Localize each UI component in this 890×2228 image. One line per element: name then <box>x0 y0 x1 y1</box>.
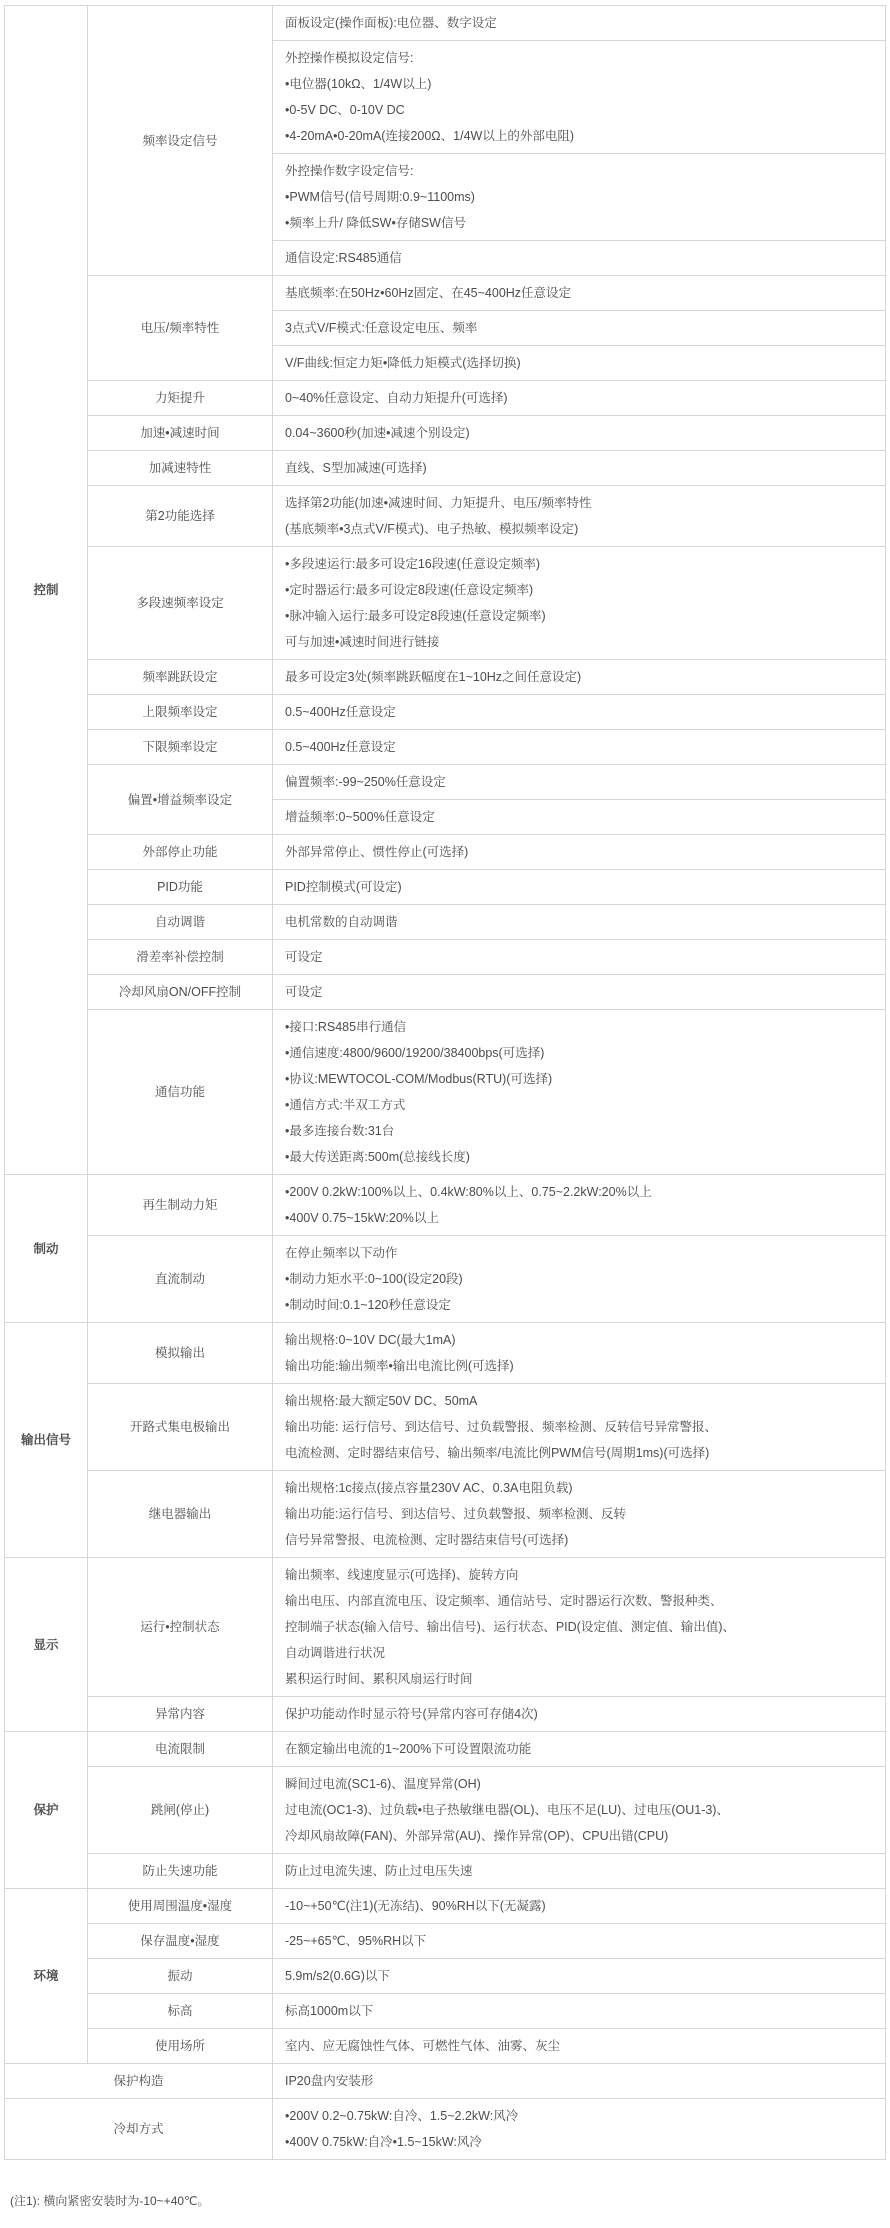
value-cell: 0~40%任意设定、自动力矩提升(可选择) <box>273 381 886 416</box>
item-cell: 多段速频率设定 <box>88 547 273 660</box>
value-cell: 可设定 <box>273 975 886 1010</box>
value-cell: 直线、S型加减速(可选择) <box>273 451 886 486</box>
item-cell: 开路式集电极输出 <box>88 1384 273 1471</box>
spec-row: 标高标高1000m以下 <box>5 1994 886 2029</box>
item-cell: 电压/频率特性 <box>88 276 273 381</box>
item-cell: 振动 <box>88 1959 273 1994</box>
value-cell: -25~+65℃、95%RH以下 <box>273 1924 886 1959</box>
value-cell: 面板设定(操作面板):电位器、数字设定 <box>273 6 886 41</box>
item-cell: 保存温度•湿度 <box>88 1924 273 1959</box>
spec-row: 保护电流限制在额定输出电流的1~200%下可设置限流功能 <box>5 1732 886 1767</box>
spec-row: PID功能PID控制模式(可设定) <box>5 870 886 905</box>
spec-row: 显示运行•控制状态输出频率、线速度显示(可选择)、旋转方向 输出电压、内部直流电… <box>5 1558 886 1697</box>
spec-row: 控制频率设定信号面板设定(操作面板):电位器、数字设定 <box>5 6 886 41</box>
spec-row: 下限频率设定0.5~400Hz任意设定 <box>5 730 886 765</box>
spec-row: 跳闸(停止)瞬间过电流(SC1-6)、温度异常(OH) 过电流(OC1-3)、过… <box>5 1767 886 1854</box>
spec-row: 上限频率设定0.5~400Hz任意设定 <box>5 695 886 730</box>
item-cell: 标高 <box>88 1994 273 2029</box>
item-cell: 上限频率设定 <box>88 695 273 730</box>
spec-row: 继电器输出输出规格:1c接点(接点容量230V AC、0.3A电阻负载) 输出功… <box>5 1471 886 1558</box>
item-cell: 第2功能选择 <box>88 486 273 547</box>
value-cell: 选择第2功能(加速•减速时间、力矩提升、电压/频率特性 (基底频率•3点式V/F… <box>273 486 886 547</box>
category-cell: 环境 <box>5 1889 88 2064</box>
spec-row: 加速•减速时间0.04~3600秒(加速•减速个别设定) <box>5 416 886 451</box>
item-cell: PID功能 <box>88 870 273 905</box>
value-cell: 增益频率:0~500%任意设定 <box>273 800 886 835</box>
value-cell: 外控操作数字设定信号: •PWM信号(信号周期:0.9~1100ms) •频率上… <box>273 154 886 241</box>
item-cell: 跳闸(停止) <box>88 1767 273 1854</box>
value-cell: 可设定 <box>273 940 886 975</box>
category-cell: 控制 <box>5 6 88 1175</box>
spec-row: 多段速频率设定•多段速运行:最多可设定16段速(任意设定频率) •定时器运行:最… <box>5 547 886 660</box>
item-cell: 使用场所 <box>88 2029 273 2064</box>
value-cell: 防止过电流失速、防止过电压失速 <box>273 1854 886 1889</box>
item-cell: 外部停止功能 <box>88 835 273 870</box>
value-cell: •200V 0.2~0.75kW:自冷、1.5~2.2kW:风冷 •400V 0… <box>273 2099 886 2160</box>
category-cell: 输出信号 <box>5 1323 88 1558</box>
value-cell: 在停止频率以下动作 •制动力矩水平:0~100(设定20段) •制动时间:0.1… <box>273 1236 886 1323</box>
spec-row: 防止失速功能防止过电流失速、防止过电压失速 <box>5 1854 886 1889</box>
spec-row: 通信功能•接口:RS485串行通信 •通信速度:4800/9600/19200/… <box>5 1010 886 1175</box>
spec-row: 自动调谐电机常数的自动调谐 <box>5 905 886 940</box>
value-cell: IP20盘内安装形 <box>273 2064 886 2099</box>
item-cell: 模拟输出 <box>88 1323 273 1384</box>
spec-row: 开路式集电极输出输出规格:最大额定50V DC、50mA 输出功能: 运行信号、… <box>5 1384 886 1471</box>
spec-row: 第2功能选择选择第2功能(加速•减速时间、力矩提升、电压/频率特性 (基底频率•… <box>5 486 886 547</box>
spec-row: 冷却风扇ON/OFF控制可设定 <box>5 975 886 1010</box>
spec-row: 使用场所室内、应无腐蚀性气体、可燃性气体、油雾、灰尘 <box>5 2029 886 2064</box>
category-cell: 显示 <box>5 1558 88 1732</box>
value-cell: PID控制模式(可设定) <box>273 870 886 905</box>
value-cell: 0.5~400Hz任意设定 <box>273 695 886 730</box>
category-cell: 保护 <box>5 1732 88 1889</box>
spec-table-body: 控制频率设定信号面板设定(操作面板):电位器、数字设定外控操作模拟设定信号: •… <box>5 6 886 2160</box>
item-cell: 自动调谐 <box>88 905 273 940</box>
item-cell: 异常内容 <box>88 1697 273 1732</box>
value-cell: 保护功能动作时显示符号(异常内容可存储4次) <box>273 1697 886 1732</box>
value-cell: V/F曲线:恒定力矩•降低力矩模式(选择切换) <box>273 346 886 381</box>
item-cell: 频率设定信号 <box>88 6 273 276</box>
value-cell: •接口:RS485串行通信 •通信速度:4800/9600/19200/3840… <box>273 1010 886 1175</box>
value-cell: 输出频率、线速度显示(可选择)、旋转方向 输出电压、内部直流电压、设定频率、通信… <box>273 1558 886 1697</box>
value-cell: 输出规格:最大额定50V DC、50mA 输出功能: 运行信号、到达信号、过负载… <box>273 1384 886 1471</box>
item-cell: 冷却风扇ON/OFF控制 <box>88 975 273 1010</box>
spec-row: 振动5.9m/s2(0.6G)以下 <box>5 1959 886 1994</box>
value-cell: 最多可设定3处(频率跳跃幅度在1~10Hz之间任意设定) <box>273 660 886 695</box>
item-cell: 力矩提升 <box>88 381 273 416</box>
spec-row: 频率跳跃设定最多可设定3处(频率跳跃幅度在1~10Hz之间任意设定) <box>5 660 886 695</box>
item-cell: 冷却方式 <box>5 2099 273 2160</box>
item-cell: 通信功能 <box>88 1010 273 1175</box>
spec-sheet: 控制频率设定信号面板设定(操作面板):电位器、数字设定外控操作模拟设定信号: •… <box>4 5 886 2210</box>
spec-row: 滑差率补偿控制可设定 <box>5 940 886 975</box>
value-cell: 输出规格:1c接点(接点容量230V AC、0.3A电阻负载) 输出功能:运行信… <box>273 1471 886 1558</box>
spec-row: 制动再生制动力矩•200V 0.2kW:100%以上、0.4kW:80%以上、0… <box>5 1175 886 1236</box>
spec-row: 直流制动在停止频率以下动作 •制动力矩水平:0~100(设定20段) •制动时间… <box>5 1236 886 1323</box>
value-cell: 电机常数的自动调谐 <box>273 905 886 940</box>
spec-row: 电压/频率特性基底频率:在50Hz•60Hz固定、在45~400Hz任意设定 <box>5 276 886 311</box>
value-cell: 室内、应无腐蚀性气体、可燃性气体、油雾、灰尘 <box>273 2029 886 2064</box>
spec-row: 力矩提升0~40%任意设定、自动力矩提升(可选择) <box>5 381 886 416</box>
value-cell: 外控操作模拟设定信号: •电位器(10kΩ、1/4W以上) •0-5V DC、0… <box>273 41 886 154</box>
footnote: (注1): 横向紧密安装时为-10~+40℃。 <box>10 2192 886 2210</box>
value-cell: •200V 0.2kW:100%以上、0.4kW:80%以上、0.75~2.2k… <box>273 1175 886 1236</box>
item-cell: 加减速特性 <box>88 451 273 486</box>
item-cell: 防止失速功能 <box>88 1854 273 1889</box>
item-cell: 运行•控制状态 <box>88 1558 273 1697</box>
spec-row: 偏置•增益频率设定偏置频率:-99~250%任意设定 <box>5 765 886 800</box>
value-cell: -10~+50℃(注1)(无冻结)、90%RH以下(无凝露) <box>273 1889 886 1924</box>
spec-row: 保存温度•湿度-25~+65℃、95%RH以下 <box>5 1924 886 1959</box>
spec-row: 输出信号模拟输出输出规格:0~10V DC(最大1mA) 输出功能:输出频率•输… <box>5 1323 886 1384</box>
item-cell: 保护构造 <box>5 2064 273 2099</box>
value-cell: •多段速运行:最多可设定16段速(任意设定频率) •定时器运行:最多可设定8段速… <box>273 547 886 660</box>
category-cell: 制动 <box>5 1175 88 1323</box>
item-cell: 直流制动 <box>88 1236 273 1323</box>
item-cell: 使用周围温度•湿度 <box>88 1889 273 1924</box>
value-cell: 瞬间过电流(SC1-6)、温度异常(OH) 过电流(OC1-3)、过负载•电子热… <box>273 1767 886 1854</box>
value-cell: 通信设定:RS485通信 <box>273 241 886 276</box>
value-cell: 0.5~400Hz任意设定 <box>273 730 886 765</box>
item-cell: 频率跳跃设定 <box>88 660 273 695</box>
item-cell: 滑差率补偿控制 <box>88 940 273 975</box>
spec-row: 外部停止功能外部异常停止、惯性停止(可选择) <box>5 835 886 870</box>
value-cell: 外部异常停止、惯性停止(可选择) <box>273 835 886 870</box>
spec-row: 异常内容保护功能动作时显示符号(异常内容可存储4次) <box>5 1697 886 1732</box>
item-cell: 电流限制 <box>88 1732 273 1767</box>
spec-row: 环境使用周围温度•湿度-10~+50℃(注1)(无冻结)、90%RH以下(无凝露… <box>5 1889 886 1924</box>
value-cell: 基底频率:在50Hz•60Hz固定、在45~400Hz任意设定 <box>273 276 886 311</box>
spec-row: 加减速特性直线、S型加减速(可选择) <box>5 451 886 486</box>
spec-row: 保护构造IP20盘内安装形 <box>5 2064 886 2099</box>
value-cell: 输出规格:0~10V DC(最大1mA) 输出功能:输出频率•输出电流比例(可选… <box>273 1323 886 1384</box>
item-cell: 下限频率设定 <box>88 730 273 765</box>
spec-row: 冷却方式•200V 0.2~0.75kW:自冷、1.5~2.2kW:风冷 •40… <box>5 2099 886 2160</box>
value-cell: 偏置频率:-99~250%任意设定 <box>273 765 886 800</box>
value-cell: 3点式V/F模式:任意设定电压、频率 <box>273 311 886 346</box>
item-cell: 加速•减速时间 <box>88 416 273 451</box>
value-cell: 在额定输出电流的1~200%下可设置限流功能 <box>273 1732 886 1767</box>
item-cell: 偏置•增益频率设定 <box>88 765 273 835</box>
item-cell: 再生制动力矩 <box>88 1175 273 1236</box>
value-cell: 5.9m/s2(0.6G)以下 <box>273 1959 886 1994</box>
value-cell: 0.04~3600秒(加速•减速个别设定) <box>273 416 886 451</box>
value-cell: 标高1000m以下 <box>273 1994 886 2029</box>
spec-table: 控制频率设定信号面板设定(操作面板):电位器、数字设定外控操作模拟设定信号: •… <box>4 5 886 2160</box>
item-cell: 继电器输出 <box>88 1471 273 1558</box>
